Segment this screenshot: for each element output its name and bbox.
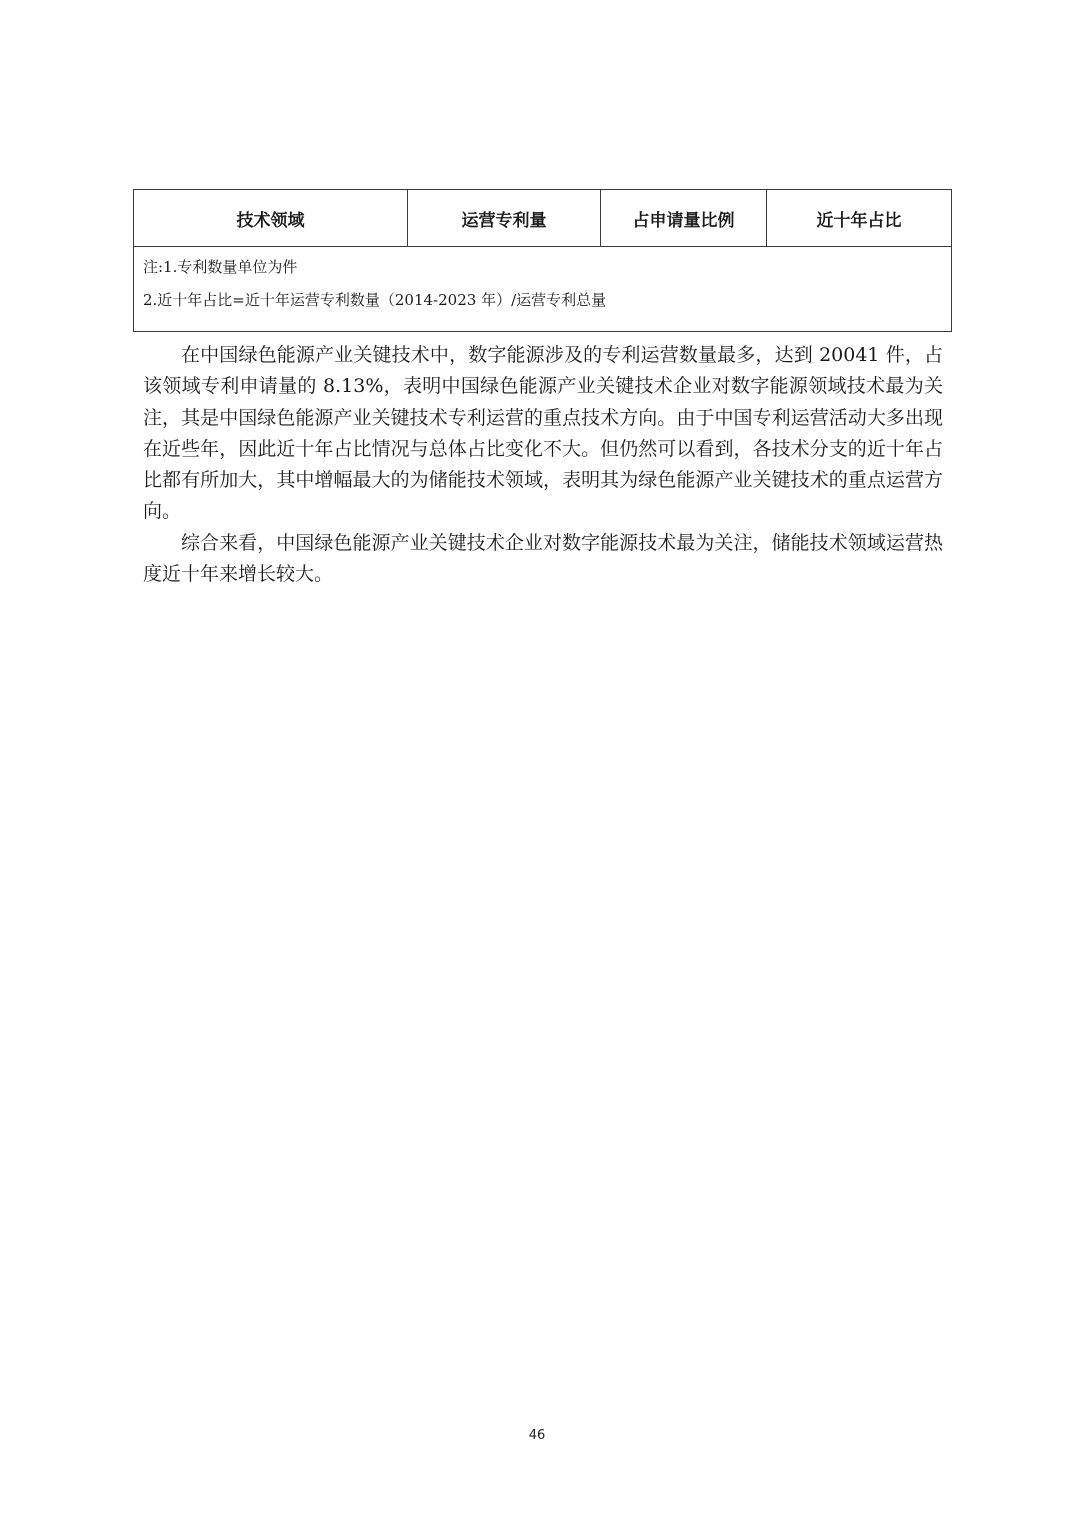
body-text: 在中国绿色能源产业关键技术中，数字能源涉及的专利运营数量最多，达到 20041 … — [143, 340, 943, 590]
note-definition: 2.近十年占比=近十年运营专利数量（2014-2023 年）/运营专利总量 — [143, 291, 943, 310]
header-tech-field: 技术领域 — [134, 190, 408, 247]
header-recent-decade-ratio: 近十年占比 — [767, 190, 952, 247]
page-number: 46 — [0, 1428, 1074, 1443]
paragraph: 综合来看，中国绿色能源产业关键技术企业对数字能源技术最为关注，储能技术领域运营热… — [143, 528, 943, 591]
table-notes-row: 注:1.专利数量单位为件 2.近十年占比=近十年运营专利数量（2014-2023… — [134, 247, 952, 332]
header-application-ratio: 占申请量比例 — [601, 190, 767, 247]
patent-operation-table: 技术领域 运营专利量 占申请量比例 近十年占比 注:1.专利数量单位为件 2.近… — [133, 189, 951, 332]
table-notes: 注:1.专利数量单位为件 2.近十年占比=近十年运营专利数量（2014-2023… — [134, 247, 952, 332]
paragraph: 在中国绿色能源产业关键技术中，数字能源涉及的专利运营数量最多，达到 20041 … — [143, 340, 943, 528]
document-page: 技术领域 运营专利量 占申请量比例 近十年占比 注:1.专利数量单位为件 2.近… — [0, 0, 1074, 1520]
note-unit: 注:1.专利数量单位为件 — [143, 258, 943, 277]
table-header-row: 技术领域 运营专利量 占申请量比例 近十年占比 — [134, 190, 952, 247]
table: 技术领域 运营专利量 占申请量比例 近十年占比 注:1.专利数量单位为件 2.近… — [133, 189, 952, 332]
header-operated-patents: 运营专利量 — [408, 190, 601, 247]
